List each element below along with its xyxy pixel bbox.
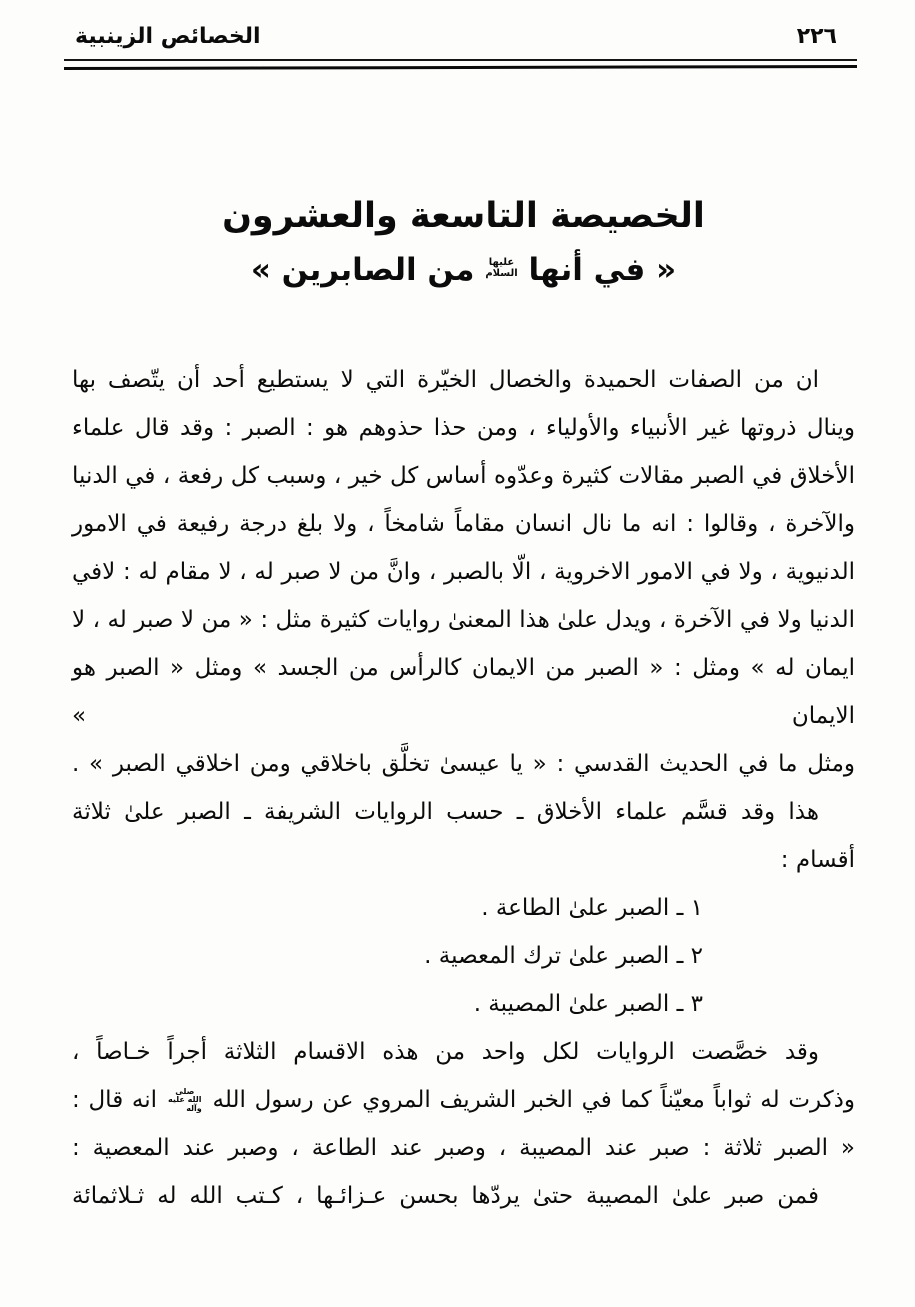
book-page: ٢٢٦ الخصائص الزينبية الخصيصة التاسعة وال… bbox=[0, 0, 915, 1307]
line-text-pre: وذكرت له ثواباً معيّناً كما في الخبر الش… bbox=[213, 1087, 856, 1113]
list-item-1: ١ ـ الصبر علىٰ الطاعة . bbox=[72, 884, 855, 932]
list-item-3: ٣ ـ الصبر علىٰ المصيبة . bbox=[72, 980, 855, 1028]
divider-thick-rule bbox=[64, 65, 857, 70]
chapter-title: الخصيصة التاسعة والعشرون bbox=[72, 196, 855, 236]
list-item-2: ٢ ـ الصبر علىٰ ترك المعصية . bbox=[72, 932, 855, 980]
text-line: الدنيا ولا في الآخرة ، ويدل علىٰ هذا الم… bbox=[72, 596, 855, 644]
text-line: ايمان له » ومثل : « الصبر من الايمان كال… bbox=[72, 644, 855, 740]
subtitle-text-post: من الصابرين » bbox=[251, 252, 475, 288]
text-line: أقسام : bbox=[72, 836, 855, 884]
sallallahu-alayhi-honorific-icon: صلى الله عليه وآله bbox=[168, 1088, 202, 1113]
running-head-book-title: الخصائص الزينبية bbox=[75, 24, 261, 49]
line-text-post: انه قال : bbox=[72, 1087, 157, 1113]
page-body: ان من الصفات الحميدة والخصال الخيّرة الت… bbox=[72, 356, 855, 1220]
alayha-salam-honorific-icon: عليها السلام bbox=[480, 258, 522, 279]
text-line: والآخرة ، وقالوا : انه ما نال انسان مقام… bbox=[72, 500, 855, 548]
hadith-quote-line: « الصبر ثلاثة : صبر عند المصيبة ، وصبر ع… bbox=[72, 1124, 855, 1172]
page-number: ٢٢٦ bbox=[797, 24, 837, 49]
text-line: الدنيوية ، ولا في الامور الاخروية ، الّا… bbox=[72, 548, 855, 596]
chapter-subtitle: « في أنهاعليها السلاممن الصابرين » bbox=[72, 252, 855, 288]
subtitle-text-pre: « في أنها bbox=[528, 252, 676, 288]
text-line: وقد خصَّصت الروايات لكل واحد من هذه الاق… bbox=[72, 1028, 855, 1076]
page-header: ٢٢٦ الخصائص الزينبية bbox=[75, 24, 837, 49]
text-line: وينال ذروتها غير الأنبياء والأولياء ، وم… bbox=[72, 404, 855, 452]
divider-thin-rule bbox=[64, 59, 857, 61]
chapter-heading: الخصيصة التاسعة والعشرون « في أنهاعليها … bbox=[72, 196, 855, 288]
text-line-with-honorific: وذكرت له ثواباً معيّناً كما في الخبر الش… bbox=[72, 1076, 855, 1124]
text-line: فمن صبر علىٰ المصيبة حتىٰ يردّها بحسن عـ… bbox=[72, 1172, 855, 1220]
text-line: ومثل ما في الحديث القدسي : « يا عيسىٰ تخ… bbox=[72, 740, 855, 788]
text-line: الأخلاق في الصبر مقالات كثيرة وعدّوه أسا… bbox=[72, 452, 855, 500]
header-divider bbox=[64, 59, 857, 69]
text-line: هذا وقد قسَّم علماء الأخلاق ـ حسب الرواي… bbox=[72, 788, 855, 836]
text-line: ان من الصفات الحميدة والخصال الخيّرة الت… bbox=[72, 356, 855, 404]
